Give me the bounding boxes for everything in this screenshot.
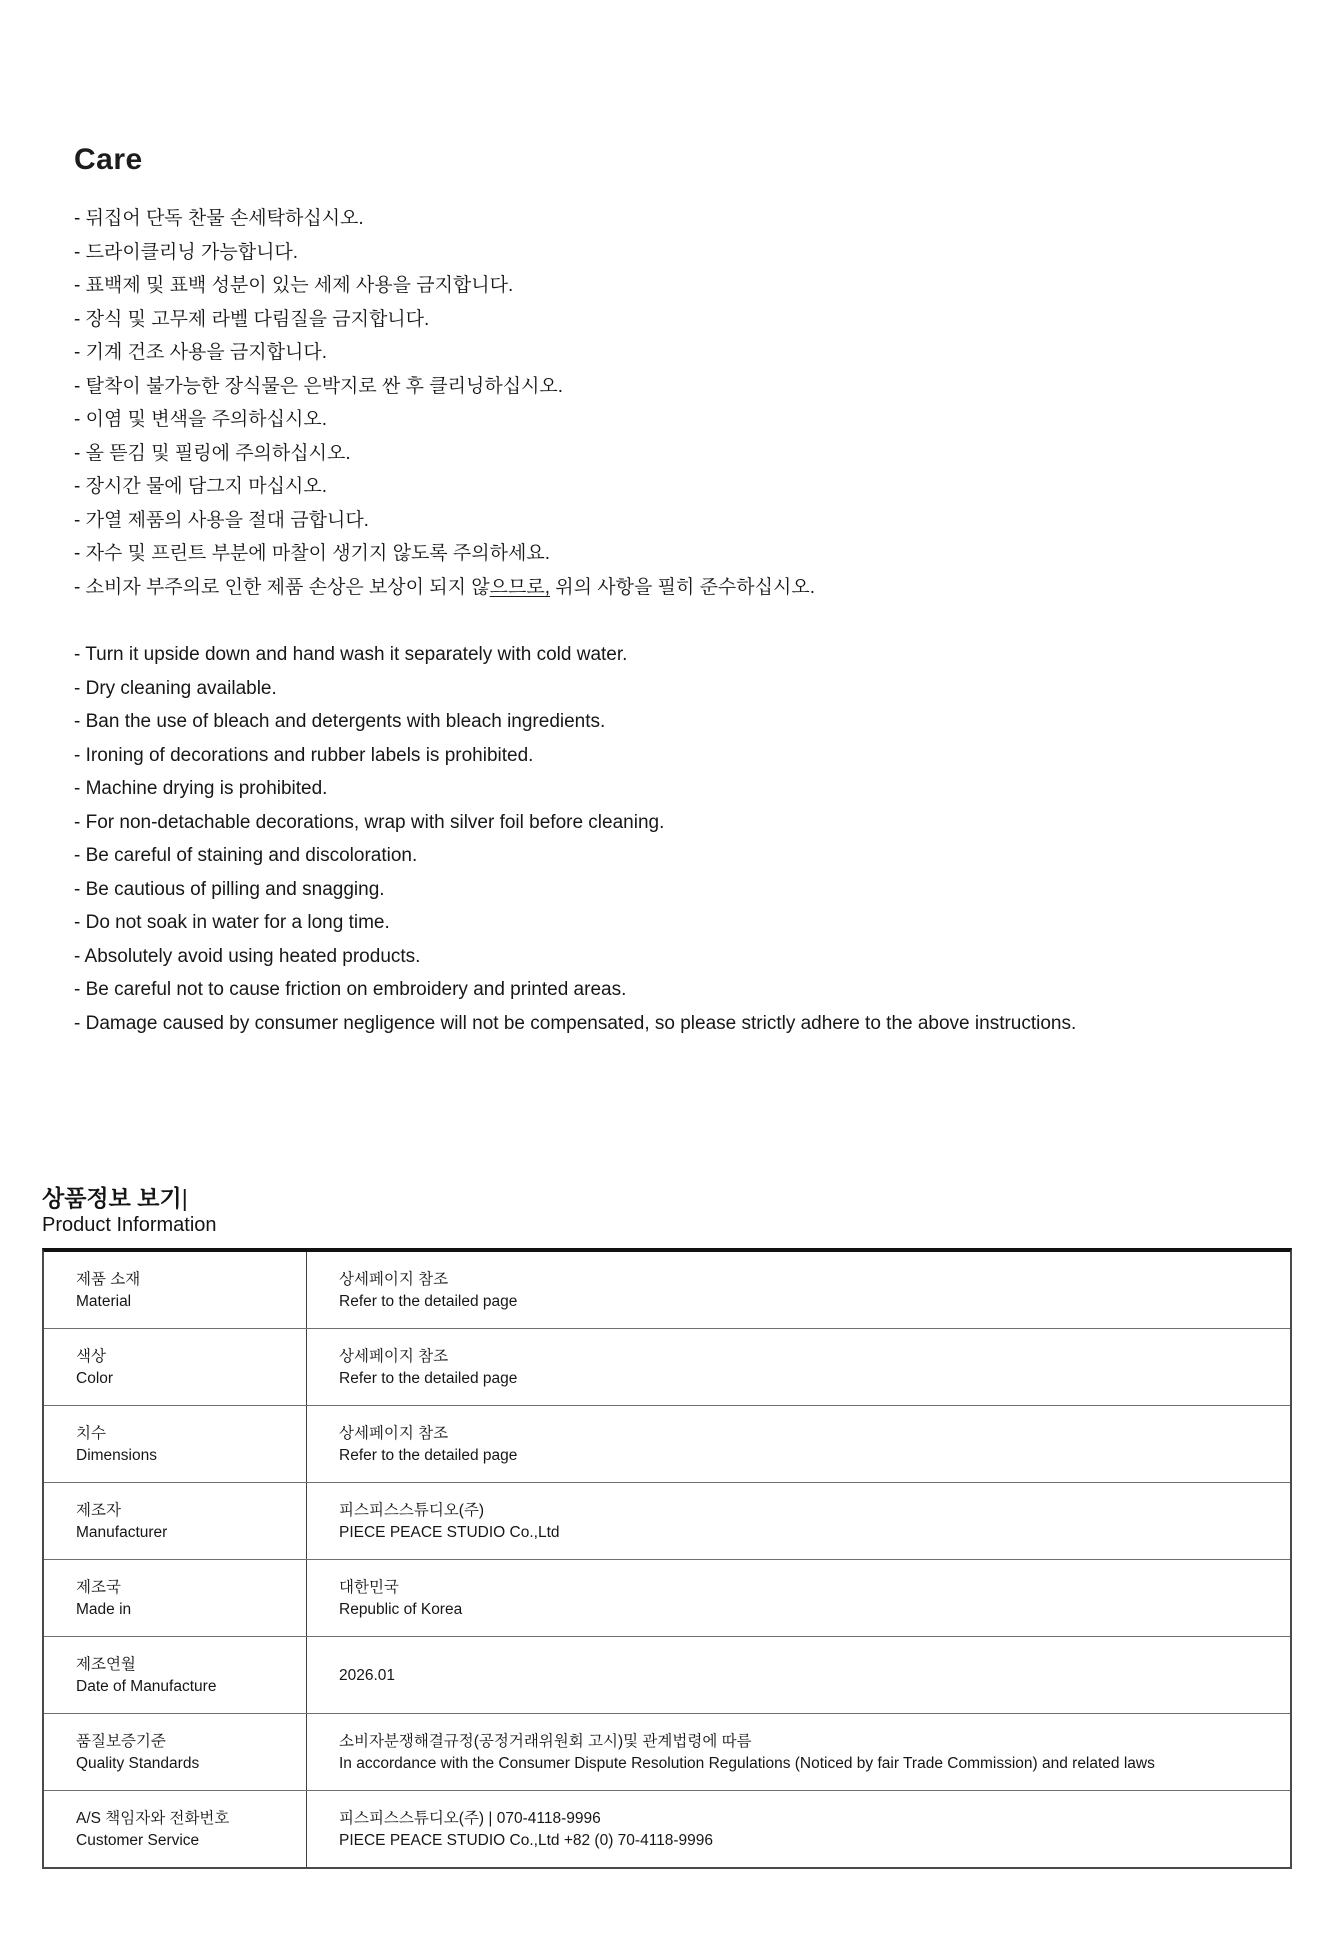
value-korean: 피스피스스튜디오(주): [339, 1500, 1290, 1521]
label-korean: 색상: [76, 1346, 306, 1367]
table-value-cell: 2026.01: [307, 1637, 1290, 1713]
table-label-cell: 제품 소재 Material: [44, 1252, 307, 1328]
care-item-en: - Damage caused by consumer negligence w…: [74, 1007, 1320, 1041]
table-row-dimensions: 치수 Dimensions 상세페이지 참조 Refer to the deta…: [44, 1406, 1290, 1483]
care-item-en: - Dry cleaning available.: [74, 672, 1320, 706]
value-english: Refer to the detailed page: [339, 1291, 1290, 1312]
label-korean: 제품 소재: [76, 1269, 306, 1290]
product-info-table: 제품 소재 Material 상세페이지 참조 Refer to the det…: [42, 1248, 1292, 1869]
value-korean: 소비자분쟁해결규정(공정거래위원회 고시)및 관계법령에 따름: [339, 1731, 1290, 1752]
label-english: Color: [76, 1368, 306, 1389]
value-korean: 상세페이지 참조: [339, 1423, 1290, 1444]
label-english: Material: [76, 1291, 306, 1312]
product-info-title-english: Product Information: [42, 1212, 1292, 1239]
table-label-cell: 제조국 Made in: [44, 1560, 307, 1636]
care-item-ko: - 드라이클리닝 가능합니다.: [74, 236, 1320, 270]
label-english: Quality Standards: [76, 1753, 306, 1774]
care-item-ko-last-pre: - 소비자 부주의로 인한 제품 손상은 보상이 되지 않: [74, 577, 490, 598]
table-value-cell: 피스피스스튜디오(주) PIECE PEACE STUDIO Co.,Ltd: [307, 1483, 1290, 1559]
table-label-cell: 치수 Dimensions: [44, 1406, 307, 1482]
product-info-title-korean-text: 상품정보 보기: [42, 1185, 182, 1211]
table-value-cell: 상세페이지 참조 Refer to the detailed page: [307, 1406, 1290, 1482]
table-value-cell: 상세페이지 참조 Refer to the detailed page: [307, 1252, 1290, 1328]
label-korean: 제조연월: [76, 1654, 306, 1675]
care-item-ko: - 표백제 및 표백 성분이 있는 세제 사용을 금지합니다.: [74, 269, 1320, 303]
product-info-title-korean: 상품정보 보기|: [42, 1184, 1292, 1212]
value-english: In accordance with the Consumer Dispute …: [339, 1753, 1290, 1774]
table-row-color: 색상 Color 상세페이지 참조 Refer to the detailed …: [44, 1329, 1290, 1406]
value-korean: 대한민국: [339, 1577, 1290, 1598]
care-instructions-korean: - 뒤집어 단독 찬물 손세탁하십시오. - 드라이클리닝 가능합니다. - 표…: [74, 202, 1320, 604]
table-row-made-in: 제조국 Made in 대한민국 Republic of Korea: [44, 1560, 1290, 1637]
text-cursor: |: [182, 1185, 188, 1211]
table-label-cell: 품질보증기준 Quality Standards: [44, 1714, 307, 1790]
care-item-en: - Be careful not to cause friction on em…: [74, 973, 1320, 1007]
label-korean: A/S 책임자와 전화번호: [76, 1808, 306, 1829]
table-label-cell: A/S 책임자와 전화번호 Customer Service: [44, 1791, 307, 1867]
value-date: 2026.01: [339, 1665, 1290, 1686]
care-section: Care - 뒤집어 단독 찬물 손세탁하십시오. - 드라이클리닝 가능합니다…: [74, 144, 1320, 1040]
value-korean: 상세페이지 참조: [339, 1346, 1290, 1367]
care-item-ko-last: - 소비자 부주의로 인한 제품 손상은 보상이 되지 않으므로, 위의 사항을…: [74, 571, 1320, 605]
care-item-ko: - 기계 건조 사용을 금지합니다.: [74, 336, 1320, 370]
care-item-ko: - 탈착이 불가능한 장식물은 은박지로 싼 후 클리닝하십시오.: [74, 370, 1320, 404]
table-row-date-of-manufacture: 제조연월 Date of Manufacture 2026.01: [44, 1637, 1290, 1714]
care-item-en: - Machine drying is prohibited.: [74, 772, 1320, 806]
care-item-ko: - 뒤집어 단독 찬물 손세탁하십시오.: [74, 202, 1320, 236]
value-english: Republic of Korea: [339, 1599, 1290, 1620]
table-row-customer-service: A/S 책임자와 전화번호 Customer Service 피스피스스튜디오(…: [44, 1791, 1290, 1867]
table-row-material: 제품 소재 Material 상세페이지 참조 Refer to the det…: [44, 1252, 1290, 1329]
label-english: Manufacturer: [76, 1522, 306, 1543]
care-item-en: - Ironing of decorations and rubber labe…: [74, 739, 1320, 773]
label-english: Customer Service: [76, 1830, 306, 1851]
value-korean: 상세페이지 참조: [339, 1269, 1290, 1290]
care-item-ko: - 가열 제품의 사용을 절대 금합니다.: [74, 504, 1320, 538]
table-label-cell: 제조연월 Date of Manufacture: [44, 1637, 307, 1713]
table-value-cell: 대한민국 Republic of Korea: [307, 1560, 1290, 1636]
value-english: PIECE PEACE STUDIO Co.,Ltd: [339, 1522, 1290, 1543]
table-value-cell: 소비자분쟁해결규정(공정거래위원회 고시)및 관계법령에 따름 In accor…: [307, 1714, 1290, 1790]
product-info-section: 상품정보 보기| Product Information 제품 소재 Mater…: [42, 1184, 1292, 1869]
care-item-en: - Ban the use of bleach and detergents w…: [74, 705, 1320, 739]
care-item-en: - Be cautious of pilling and snagging.: [74, 873, 1320, 907]
label-korean: 제조국: [76, 1577, 306, 1598]
table-row-quality-standards: 품질보증기준 Quality Standards 소비자분쟁해결규정(공정거래위…: [44, 1714, 1290, 1791]
table-label-cell: 색상 Color: [44, 1329, 307, 1405]
label-korean: 치수: [76, 1423, 306, 1444]
care-item-ko: - 이염 및 변색을 주의하십시오.: [74, 403, 1320, 437]
value-english: Refer to the detailed page: [339, 1445, 1290, 1466]
label-english: Dimensions: [76, 1445, 306, 1466]
value-korean: 피스피스스튜디오(주) | 070-4118-9996: [339, 1808, 1290, 1829]
label-korean: 품질보증기준: [76, 1731, 306, 1752]
value-english: Refer to the detailed page: [339, 1368, 1290, 1389]
table-row-manufacturer: 제조자 Manufacturer 피스피스스튜디오(주) PIECE PEACE…: [44, 1483, 1290, 1560]
care-item-en: - Turn it upside down and hand wash it s…: [74, 638, 1320, 672]
care-item-en: - Do not soak in water for a long time.: [74, 906, 1320, 940]
table-value-cell: 피스피스스튜디오(주) | 070-4118-9996 PIECE PEACE …: [307, 1791, 1290, 1867]
care-item-ko: - 자수 및 프린트 부분에 마찰이 생기지 않도록 주의하세요.: [74, 537, 1320, 571]
care-item-en: - Absolutely avoid using heated products…: [74, 940, 1320, 974]
care-title: Care: [74, 144, 1320, 176]
label-english: Date of Manufacture: [76, 1676, 306, 1697]
care-item-ko: - 장시간 물에 담그지 마십시오.: [74, 470, 1320, 504]
care-item-ko-last-underlined: 으므로,: [490, 577, 550, 598]
table-label-cell: 제조자 Manufacturer: [44, 1483, 307, 1559]
care-item-en: - For non-detachable decorations, wrap w…: [74, 806, 1320, 840]
care-item-en: - Be careful of staining and discolorati…: [74, 839, 1320, 873]
value-english: PIECE PEACE STUDIO Co.,Ltd +82 (0) 70-41…: [339, 1830, 1290, 1851]
label-english: Made in: [76, 1599, 306, 1620]
care-item-ko: - 장식 및 고무제 라벨 다림질을 금지합니다.: [74, 303, 1320, 337]
care-item-ko-last-post: 위의 사항을 필히 준수하십시오.: [550, 577, 815, 598]
care-instructions-english: - Turn it upside down and hand wash it s…: [74, 638, 1320, 1040]
care-item-ko: - 올 뜯김 및 필링에 주의하십시오.: [74, 437, 1320, 471]
table-value-cell: 상세페이지 참조 Refer to the detailed page: [307, 1329, 1290, 1405]
label-korean: 제조자: [76, 1500, 306, 1521]
